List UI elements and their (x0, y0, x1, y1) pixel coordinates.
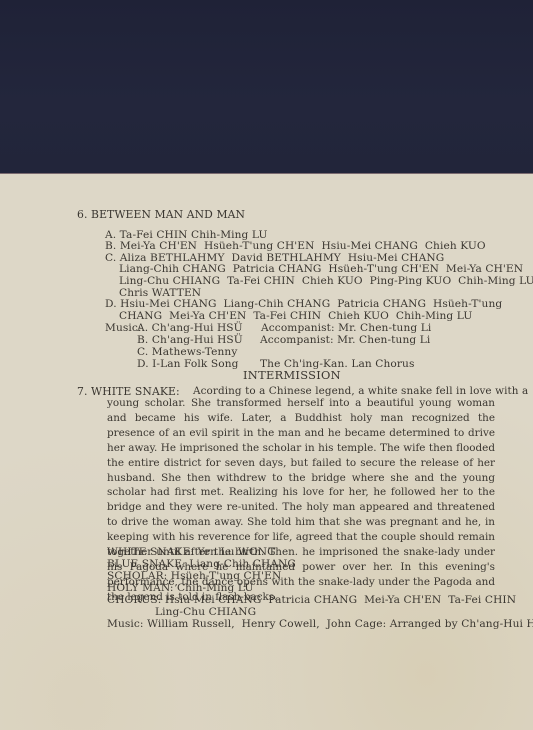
dark-cover-band (0, 0, 533, 174)
intermission-heading: INTERMISSION (243, 369, 341, 382)
music-item-d: D. I-Lan Folk Song (137, 358, 239, 371)
accompanist-b: Accompanist: Mr. Chen-tung Li (260, 334, 430, 347)
music-credit: Music: William Russell, Henry Cowell, Jo… (107, 618, 533, 631)
section-6-title: 6. BETWEEN MAN AND MAN (77, 208, 245, 221)
